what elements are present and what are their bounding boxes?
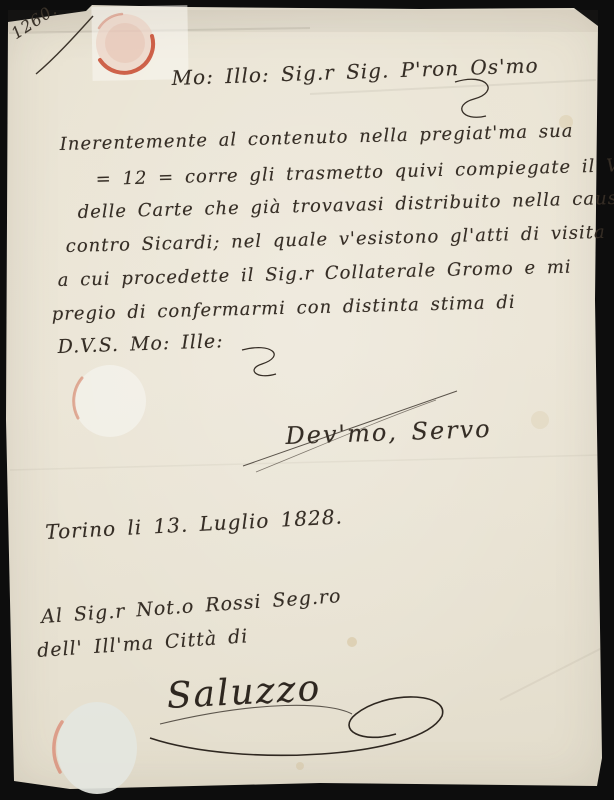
place-signature: Saluzzo: [166, 668, 322, 717]
scan-background: 1260. Mo: Illo: Sig.r Sig. P'ron Os'mo I…: [0, 0, 614, 800]
fold-strip: [8, 10, 598, 32]
